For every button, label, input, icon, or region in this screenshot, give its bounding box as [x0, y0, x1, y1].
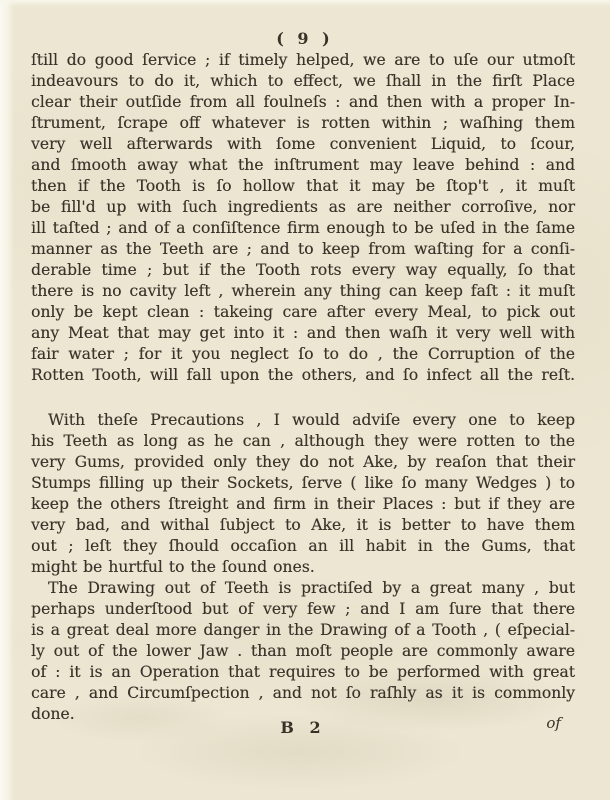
text-line: With theſe Precautions , I would adviſe … [31, 410, 575, 431]
text-line: ſtrument, ſcrape off whatever is rotten … [31, 113, 575, 134]
text-line: is a great deal more danger in the Drawi… [31, 620, 575, 641]
text-line: might be hurtful to the ſound ones. [31, 557, 575, 578]
text-line: perhaps underſtood but of very few ; and… [31, 599, 575, 620]
text-line: ill taſted ; and of a conſiſtence firm e… [31, 218, 575, 239]
paragraph-1: ſtill do good ſervice ; if timely helped… [31, 50, 575, 386]
text-line: there is no cavity left , wherein any th… [31, 281, 575, 302]
text-line: derable time ; but if the Tooth rots eve… [31, 260, 575, 281]
text-line: manner as the Teeth are ; and to keep fr… [31, 239, 575, 260]
text-line: then if the Tooth is ſo hollow that it m… [31, 176, 575, 197]
text-line: fair water ; for it you neglect ſo to do… [31, 344, 575, 365]
text-line: his Teeth as long as he can , although t… [31, 431, 575, 452]
catchword: of [546, 714, 561, 732]
text-line: indeavours to do it, which to effect, we… [31, 71, 575, 92]
text-line: very bad, and withal ſubject to Ake, it … [31, 515, 575, 536]
text-block: ſtill do good ſervice ; if timely helped… [31, 50, 575, 725]
page-left-edge [0, 0, 14, 800]
text-line: The Drawing out of Teeth is practiſed by… [31, 578, 575, 599]
book-page: ( 9 ) ſtill do good ſervice ; if timely … [0, 0, 610, 800]
text-line: of : it is an Operation that requires to… [31, 662, 575, 683]
text-line: be fill'd up with ſuch ingredients as ar… [31, 197, 575, 218]
text-line: and ſmooth away what the inſtrument may … [31, 155, 575, 176]
page-number: ( 9 ) [0, 29, 610, 48]
text-line: clear their outſide from all foulneſs : … [31, 92, 575, 113]
paragraph-3: The Drawing out of Teeth is practiſed by… [31, 578, 575, 725]
text-line: care , and Circumſpection , and not ſo r… [31, 683, 575, 704]
page-top-edge [0, 0, 610, 7]
text-line: only be kept clean : takeing care after … [31, 302, 575, 323]
text-line: any Meat that may get into it : and then… [31, 323, 575, 344]
text-line: very Gums, provided only they do not Ake… [31, 452, 575, 473]
text-line: ſtill do good ſervice ; if timely helped… [31, 50, 575, 71]
text-line: very well afterwards with ſome convenien… [31, 134, 575, 155]
signature-mark: B 2 [31, 718, 575, 737]
page-footer: B 2 of [31, 718, 575, 742]
text-line: Stumps filling up their Sockets, ſerve (… [31, 473, 575, 494]
text-line: Rotten Tooth, will fall upon the others,… [31, 365, 575, 386]
text-line: out ; leſt they ſhould occaſion an ill h… [31, 536, 575, 557]
text-line: keep the others ſtreight and firm in the… [31, 494, 575, 515]
text-line: ly out of the lower Jaw . than moſt peop… [31, 641, 575, 662]
paragraph-2: With theſe Precautions , I would adviſe … [31, 410, 575, 578]
